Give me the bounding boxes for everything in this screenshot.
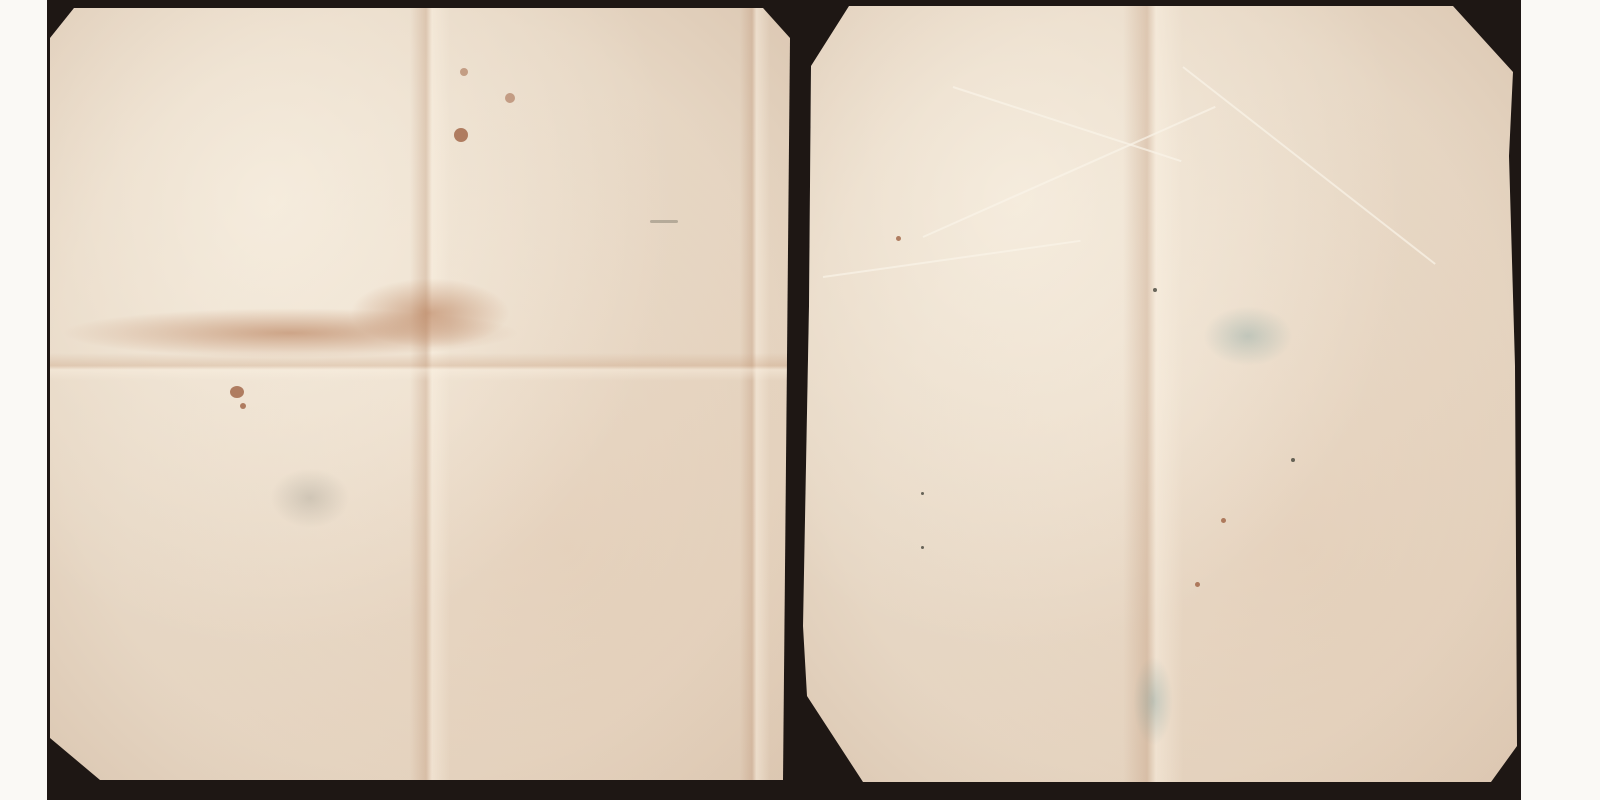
ink-spot [454,128,468,142]
rust-stain [350,278,510,348]
ink-spot [1195,582,1200,587]
ink-spot [921,546,924,549]
crease-line [823,240,1081,278]
left-paper-sheet [50,8,790,780]
ink-spot [896,236,901,241]
right-paper-sheet [803,6,1519,782]
crease-line [1182,66,1435,265]
ink-spot [460,68,468,76]
vertical-fold [740,8,770,780]
ink-mark [650,220,678,223]
horizontal-fold [50,353,790,381]
ink-spot [1153,288,1157,292]
ink-spot [505,93,515,103]
ink-spot [1221,518,1226,523]
scan-background [47,0,1521,800]
blue-tint [1203,306,1293,366]
ink-spot [921,492,924,495]
ink-spot [240,403,246,409]
ink-spot [1291,458,1295,462]
ink-spot [230,386,244,398]
vertical-fold [410,8,450,780]
blue-tint [1133,656,1173,746]
gray-smudge [270,468,350,528]
